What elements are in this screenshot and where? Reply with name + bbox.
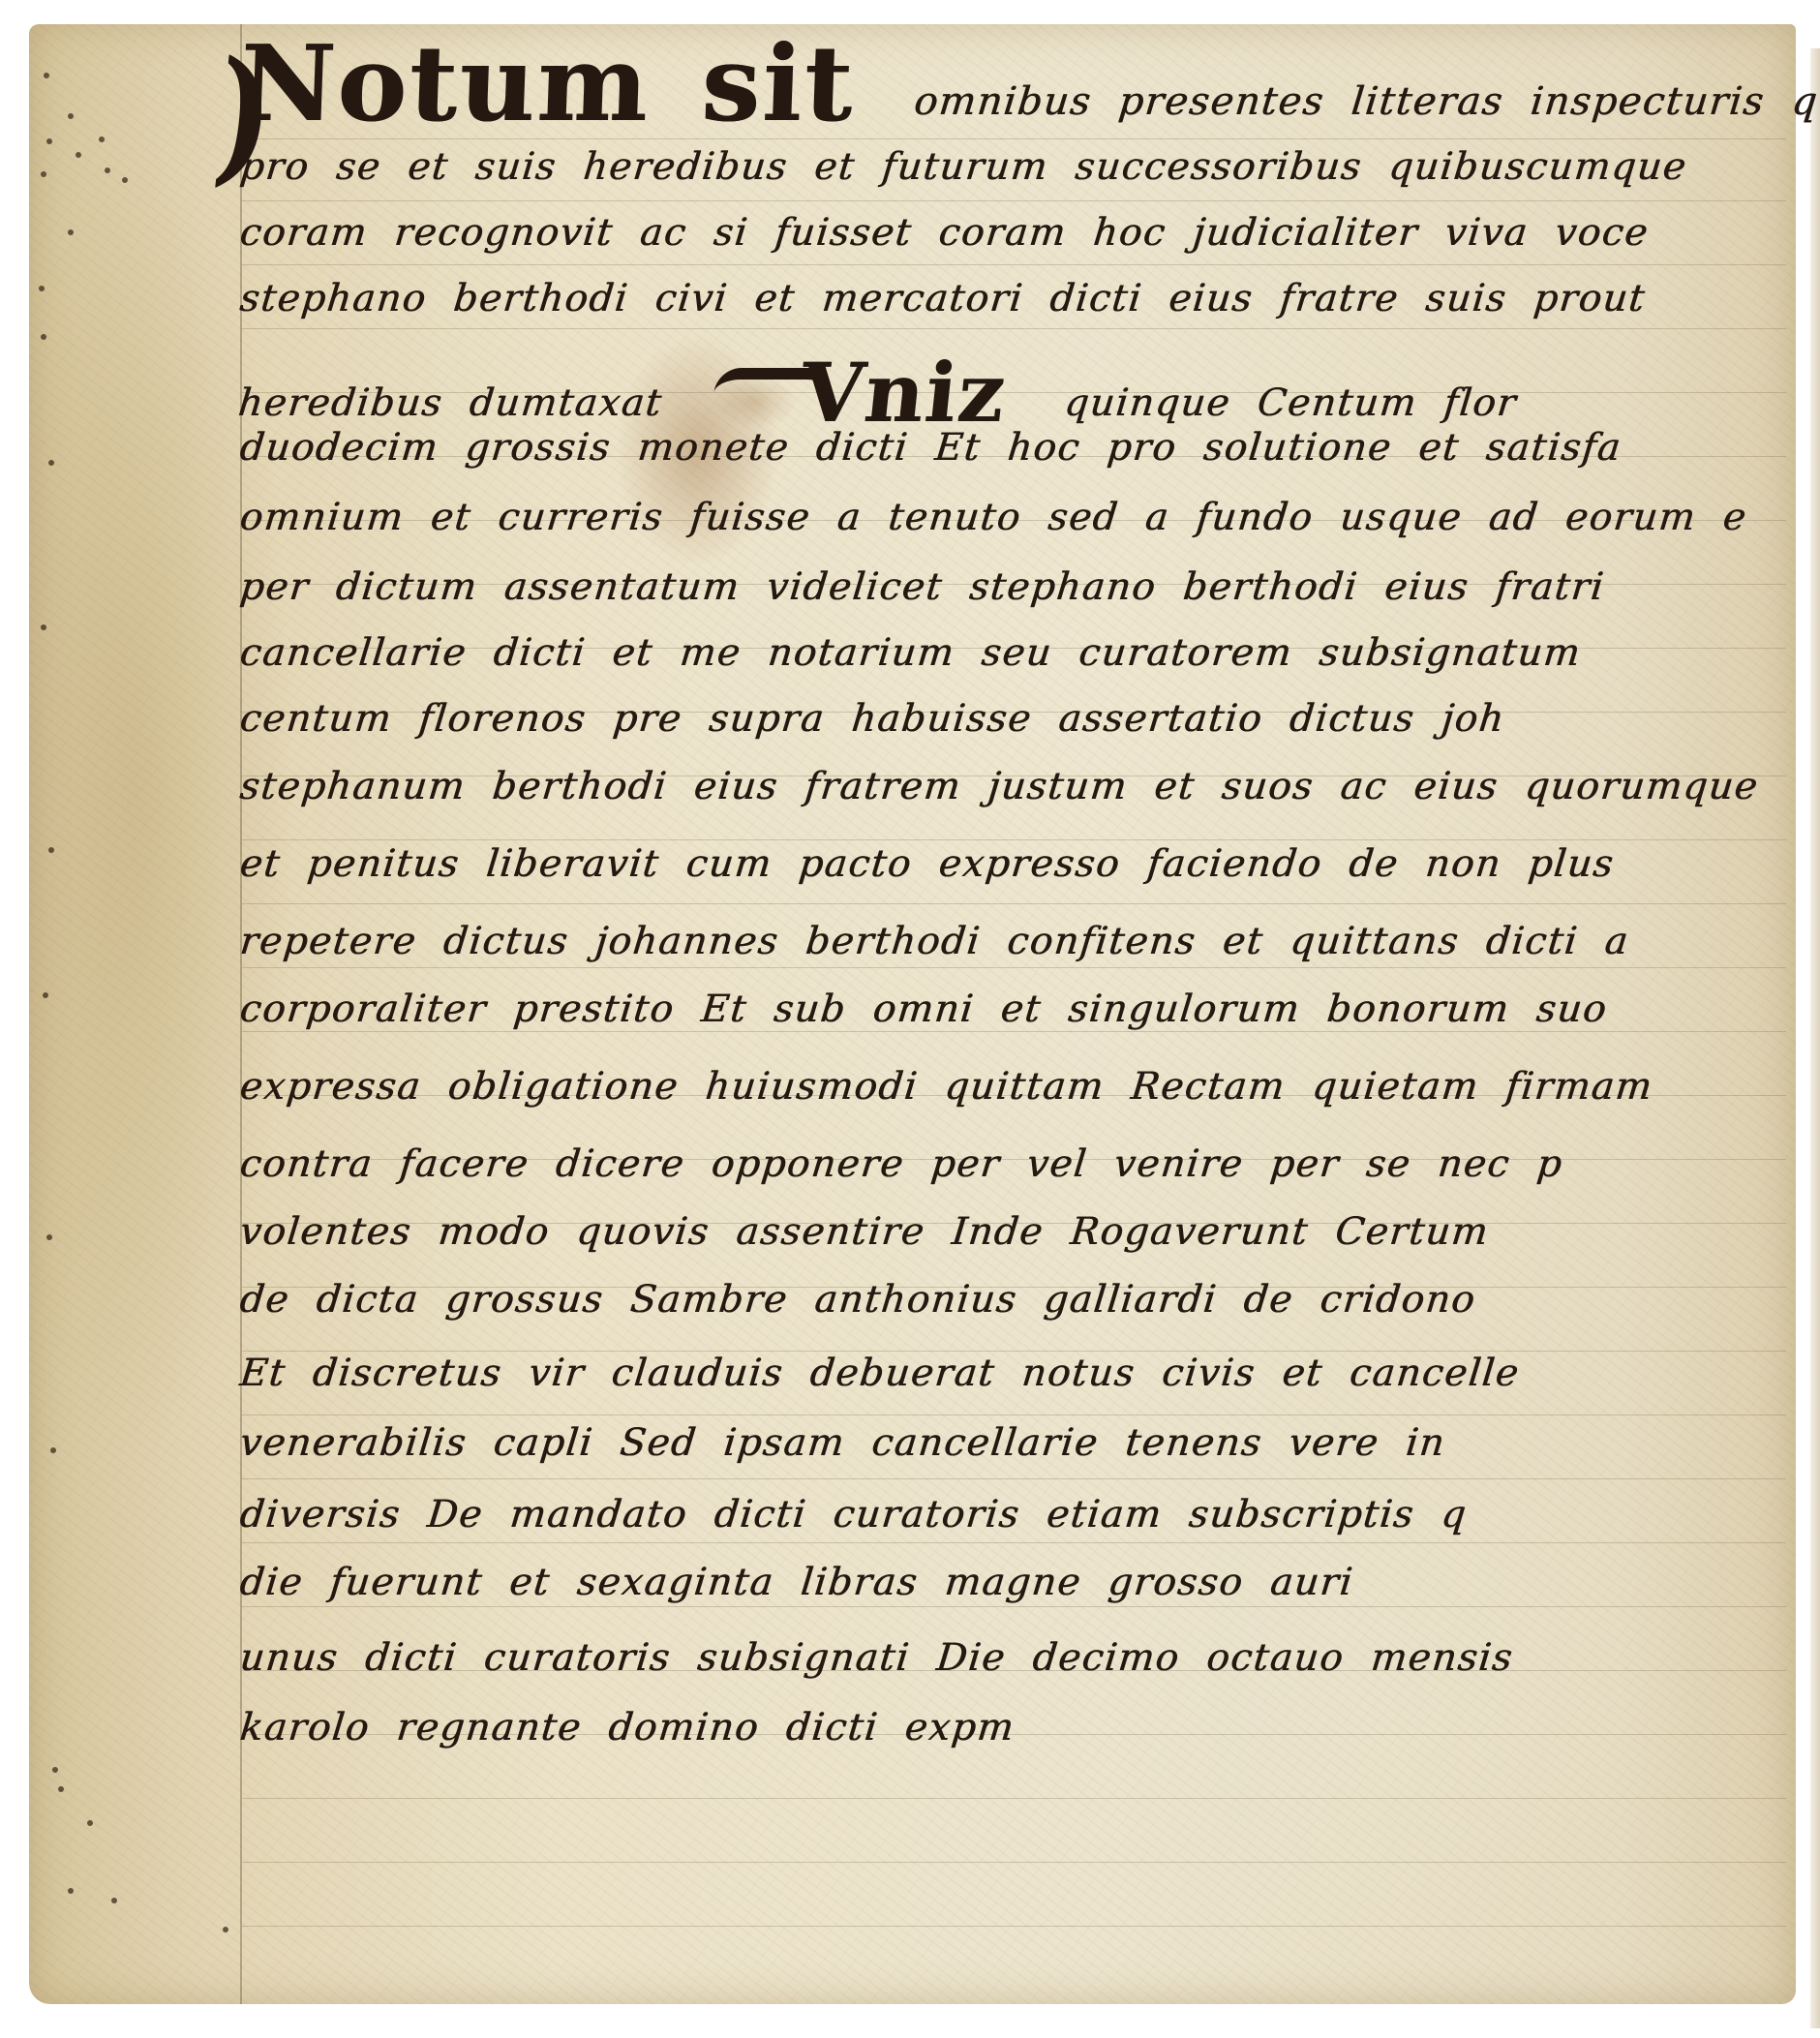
wormhole-dot xyxy=(39,286,45,291)
manuscript-line-12: et penitus liberavit cum pacto expresso … xyxy=(238,842,1617,886)
wormhole-dot xyxy=(50,1447,56,1453)
manuscript-line-18: de dicta grossus Sambre anthonius gallia… xyxy=(238,1278,1478,1322)
line-text: die fuerunt et sexaginta libras magne gr… xyxy=(238,1561,1356,1604)
wormhole-dot xyxy=(223,1927,228,1932)
wormhole-dot xyxy=(43,992,48,998)
ruled-line xyxy=(242,1926,1786,1927)
line-text: de dicta grossus Sambre anthonius gallia… xyxy=(238,1278,1478,1322)
line-text: venerabilis capli Sed ipsam cancellarie … xyxy=(238,1421,1448,1465)
line-text: unus dicti curatoris subsignati Die deci… xyxy=(238,1636,1516,1680)
wormhole-dot xyxy=(48,460,54,466)
line-text: omnium et curreris fuisse a tenuto sed a… xyxy=(238,496,1749,539)
manuscript-line-11: stephanum berthodi eius fratrem justum e… xyxy=(238,765,1761,808)
manuscript-line-16: contra facere dicere opponere per vel ve… xyxy=(238,1142,1565,1186)
ruled-line xyxy=(242,264,1786,265)
manuscript-line-6: duodecim grossis monete dicti Et hoc pro… xyxy=(238,426,1624,470)
line-text: expressa obligatione huiusmodi quittam R… xyxy=(238,1065,1655,1109)
line-text: cancellarie dicti et me notarium seu cur… xyxy=(238,631,1584,675)
incipit-initial: Notum sit xyxy=(238,23,857,145)
ruled-line xyxy=(242,1542,1786,1543)
manuscript-line-20: venerabilis capli Sed ipsam cancellarie … xyxy=(238,1421,1448,1465)
wormhole-dot xyxy=(122,177,128,183)
wormhole-dot xyxy=(41,171,46,177)
ruled-line xyxy=(242,839,1786,840)
manuscript-line-23: unus dicti curatoris subsignati Die deci… xyxy=(238,1636,1516,1680)
manuscript-line-13: repetere dictus johannes berthodi confit… xyxy=(238,920,1631,963)
ruled-line xyxy=(242,967,1786,968)
wormhole-dot xyxy=(52,1767,58,1773)
wormhole-dot xyxy=(48,847,54,853)
line-text: stephanum berthodi eius fratrem justum e… xyxy=(238,765,1761,808)
line-text: diversis De mandato dicti curatoris etia… xyxy=(238,1493,1470,1536)
manuscript-line-1: ) Notum sit omnibus presentes litteras i… xyxy=(233,17,1820,139)
wormhole-dot xyxy=(105,167,110,173)
manuscript-line-10: centum florenos pre supra habuisse asser… xyxy=(238,697,1507,741)
line-text: karolo regnante domino dicti expm xyxy=(238,1706,1017,1749)
wormhole-dot xyxy=(46,138,52,144)
line-text: centum florenos pre supra habuisse asser… xyxy=(238,697,1507,741)
manuscript-line-7: omnium et curreris fuisse a tenuto sed a… xyxy=(238,496,1749,539)
wormhole-dot xyxy=(68,113,74,119)
line-text: corporaliter prestito Et sub omni et sin… xyxy=(238,988,1610,1031)
ruled-line xyxy=(242,1478,1786,1479)
manuscript-line-5: heredibus dumtaxat Vniz quinque Centum f… xyxy=(235,339,1524,435)
wormhole-dot xyxy=(111,1898,117,1903)
manuscript-line-3: coram recognovit ac si fuisset coram hoc… xyxy=(238,211,1652,255)
ruled-line xyxy=(242,1606,1786,1607)
wormhole-dot xyxy=(87,1820,93,1826)
wormhole-dot xyxy=(99,137,105,142)
ruled-line xyxy=(242,1031,1786,1032)
manuscript-line-19: Et discretus vir clauduis debuerat notus… xyxy=(238,1352,1522,1395)
wormhole-dot xyxy=(41,334,46,340)
manuscript-line-9: cancellarie dicti et me notarium seu cur… xyxy=(238,631,1584,675)
manuscript-line-15: expressa obligatione huiusmodi quittam R… xyxy=(238,1065,1655,1109)
ruled-line xyxy=(242,1862,1786,1863)
wormhole-dot xyxy=(76,152,81,158)
line-text: quinque Centum flor xyxy=(1062,381,1519,425)
line-text: Et discretus vir clauduis debuerat notus… xyxy=(238,1352,1522,1395)
wormhole-dot xyxy=(44,73,49,78)
wormhole-dot xyxy=(46,1234,52,1240)
manuscript-line-24: karolo regnante domino dicti expm xyxy=(238,1706,1017,1749)
line-text: heredibus dumtaxat xyxy=(236,381,664,425)
manuscript-line-22: die fuerunt et sexaginta libras magne gr… xyxy=(238,1561,1356,1604)
line-text: coram recognovit ac si fuisset coram hoc… xyxy=(238,211,1652,255)
wormhole-dot xyxy=(68,1888,74,1894)
line-text: et penitus liberavit cum pacto expresso … xyxy=(238,842,1617,886)
manuscript-line-4: stephano berthodi civi et mercatori dict… xyxy=(238,277,1648,320)
line-text: per dictum assentatum videlicet stephano… xyxy=(238,565,1607,609)
manuscript-line-8: per dictum assentatum videlicet stephano… xyxy=(238,565,1607,609)
ruled-line xyxy=(242,200,1786,201)
line-text: omnibus presentes litteras inspecturis q… xyxy=(912,79,1820,124)
manuscript-line-2: pro se et suis heredibus et futurum succ… xyxy=(238,145,1689,189)
manuscript-line-17: volentes modo quovis assentire Inde Roga… xyxy=(238,1210,1492,1254)
manuscript-line-14: corporaliter prestito Et sub omni et sin… xyxy=(238,988,1610,1031)
line-text: duodecim grossis monete dicti Et hoc pro… xyxy=(238,426,1624,470)
ruled-line xyxy=(242,328,1786,329)
manuscript-line-21: diversis De mandato dicti curatoris etia… xyxy=(238,1493,1470,1536)
line-text: volentes modo quovis assentire Inde Roga… xyxy=(238,1210,1492,1254)
line-text: repetere dictus johannes berthodi confit… xyxy=(238,920,1631,963)
ruled-line xyxy=(242,1414,1786,1415)
line-text: stephano berthodi civi et mercatori dict… xyxy=(238,277,1648,320)
wormhole-dot xyxy=(68,229,74,235)
ruled-line xyxy=(242,1798,1786,1799)
wormhole-dot xyxy=(41,624,46,630)
parchment-edge xyxy=(1810,48,1820,2028)
line-text: pro se et suis heredibus et futurum succ… xyxy=(238,145,1689,189)
wormhole-dot xyxy=(58,1786,64,1792)
line-text: contra facere dicere opponere per vel ve… xyxy=(238,1142,1565,1186)
ruled-line xyxy=(242,903,1786,904)
